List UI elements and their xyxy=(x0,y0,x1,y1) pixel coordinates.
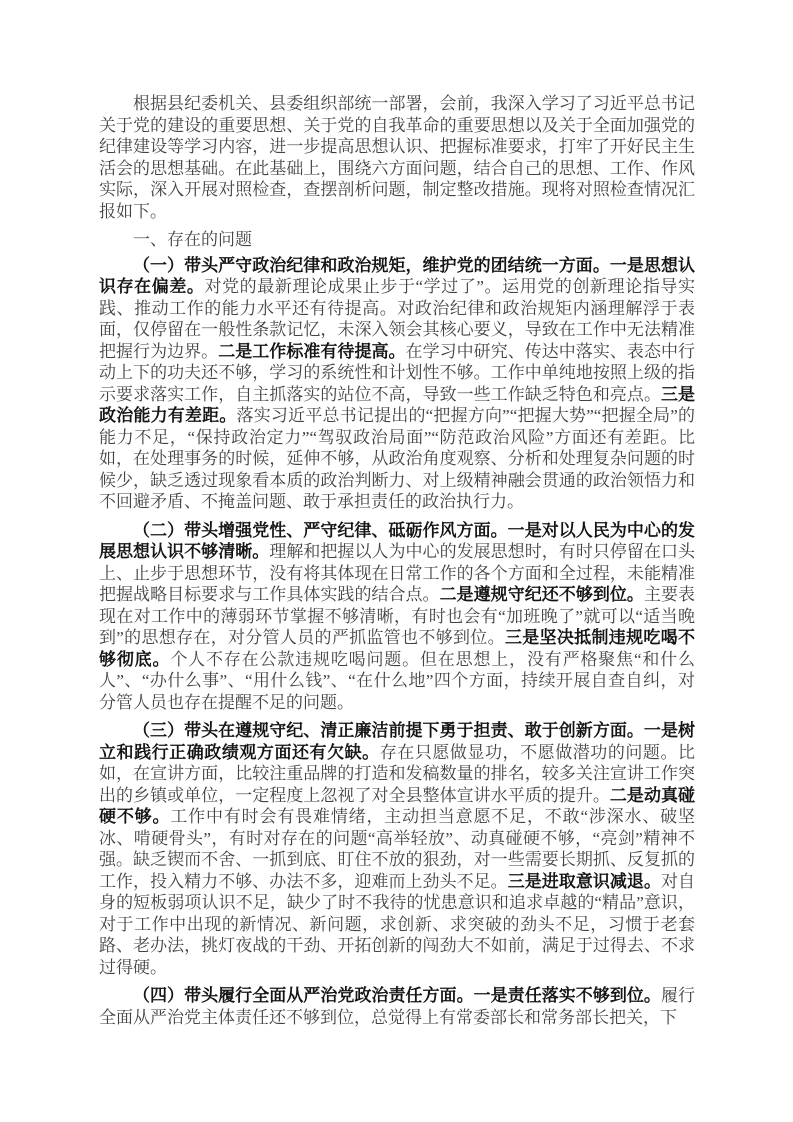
text-run: 根据县纪委机关、县委组织部统一部署，会前，我深入学习了习近平总书记关于党的建设的… xyxy=(99,94,695,221)
heading-text: 一、存在的问题 xyxy=(133,230,252,249)
text-run: 个人不存在公款违规吃喝问题。但在思想上，没有严格聚焦“和什么人”、“办什么事”、… xyxy=(99,650,695,712)
bold-run: （四）带头履行全面从严治党政治责任方面。一是责任落实不够到位。 xyxy=(133,986,661,1005)
bold-run: 二是工作标准有待提高。 xyxy=(218,342,405,361)
intro-paragraph: 根据县纪委机关、县委组织部统一部署，会前，我深入学习了习近平总书记关于党的建设的… xyxy=(99,93,695,222)
bold-run: 二是遵规守纪还不够到位。 xyxy=(440,585,644,604)
document-page: 根据县纪委机关、县委组织部统一部署，会前，我深入学习了习近平总书记关于党的建设的… xyxy=(0,0,793,1122)
bold-run: 三是进取意识减退。 xyxy=(508,872,661,891)
section-paragraph-1: （一）带头严守政治纪律和政治规矩，维护党的团结统一方面。一是思想认识存在偏差。对… xyxy=(99,255,695,513)
section-paragraph-3: （三）带头在遵规守纪、清正廉洁前提下勇于担责、敢于创新方面。一是树立和践行正确政… xyxy=(99,720,695,978)
section-heading-problems: 一、存在的问题 xyxy=(99,229,695,251)
section-paragraph-4: （四）带头履行全面从严治党政治责任方面。一是责任落实不够到位。履行全面从严治党主… xyxy=(99,985,695,1028)
section-paragraph-2: （二）带头增强党性、严守纪律、砥砺作风方面。一是对以人民为中心的发展思想认识不够… xyxy=(99,520,695,714)
